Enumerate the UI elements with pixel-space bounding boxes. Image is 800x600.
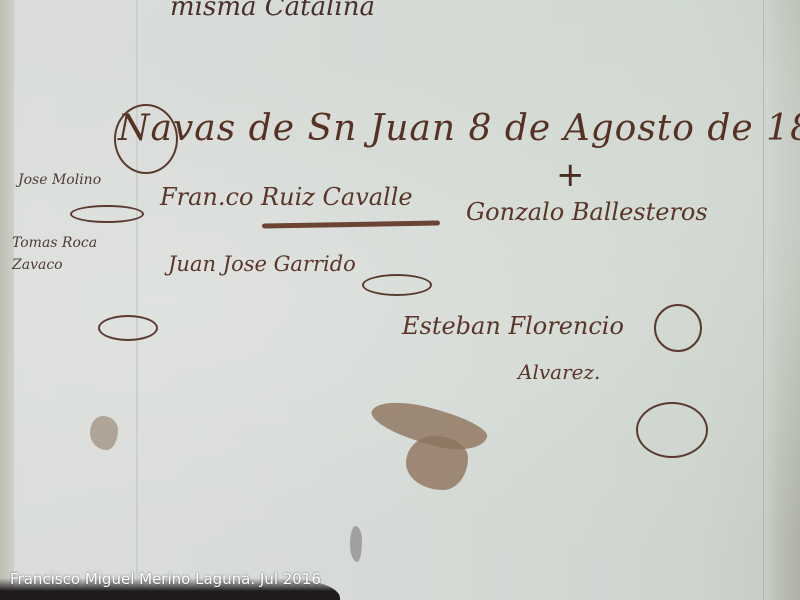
signature-francisco-ruiz: Fran.co Ruiz Cavalle (160, 183, 413, 211)
signature-juan-jose-garrido: Juan Jose Garrido (168, 252, 356, 276)
document-heading: Navas de Sn Juan 8 de Agosto de 1819 (118, 108, 800, 149)
signature-tomas-roca: Tomas Roca Zavaco (12, 232, 152, 276)
signature-esteban-florencio: Esteban Florencio (402, 312, 624, 340)
ink-stain (406, 436, 468, 490)
signature-alvarez: Alvarez. (518, 360, 600, 384)
manuscript-page: misma Catalina Navas de Sn Juan 8 de Ago… (0, 0, 800, 600)
rubric-flourish (636, 402, 708, 458)
page-left-edge (0, 0, 14, 600)
paper-fold (136, 0, 138, 600)
ink-stain (90, 416, 118, 450)
rubric-flourish (362, 274, 432, 296)
cross-mark: + (556, 155, 585, 195)
signature-underline (262, 220, 440, 228)
rubric-flourish (98, 315, 158, 341)
photo-watermark: Francisco Miguel Merino Laguna. Jul 2016 (10, 570, 321, 588)
signature-gonzalo-ballesteros: Gonzalo Ballesteros (466, 198, 708, 226)
top-line-text: misma Catalina (170, 0, 375, 22)
margin-rule (763, 0, 764, 600)
rubric-flourish (70, 205, 144, 223)
ink-stain (350, 526, 362, 562)
rubric-flourish (654, 304, 702, 352)
signature-jose-molino: Jose Molino (18, 172, 101, 188)
